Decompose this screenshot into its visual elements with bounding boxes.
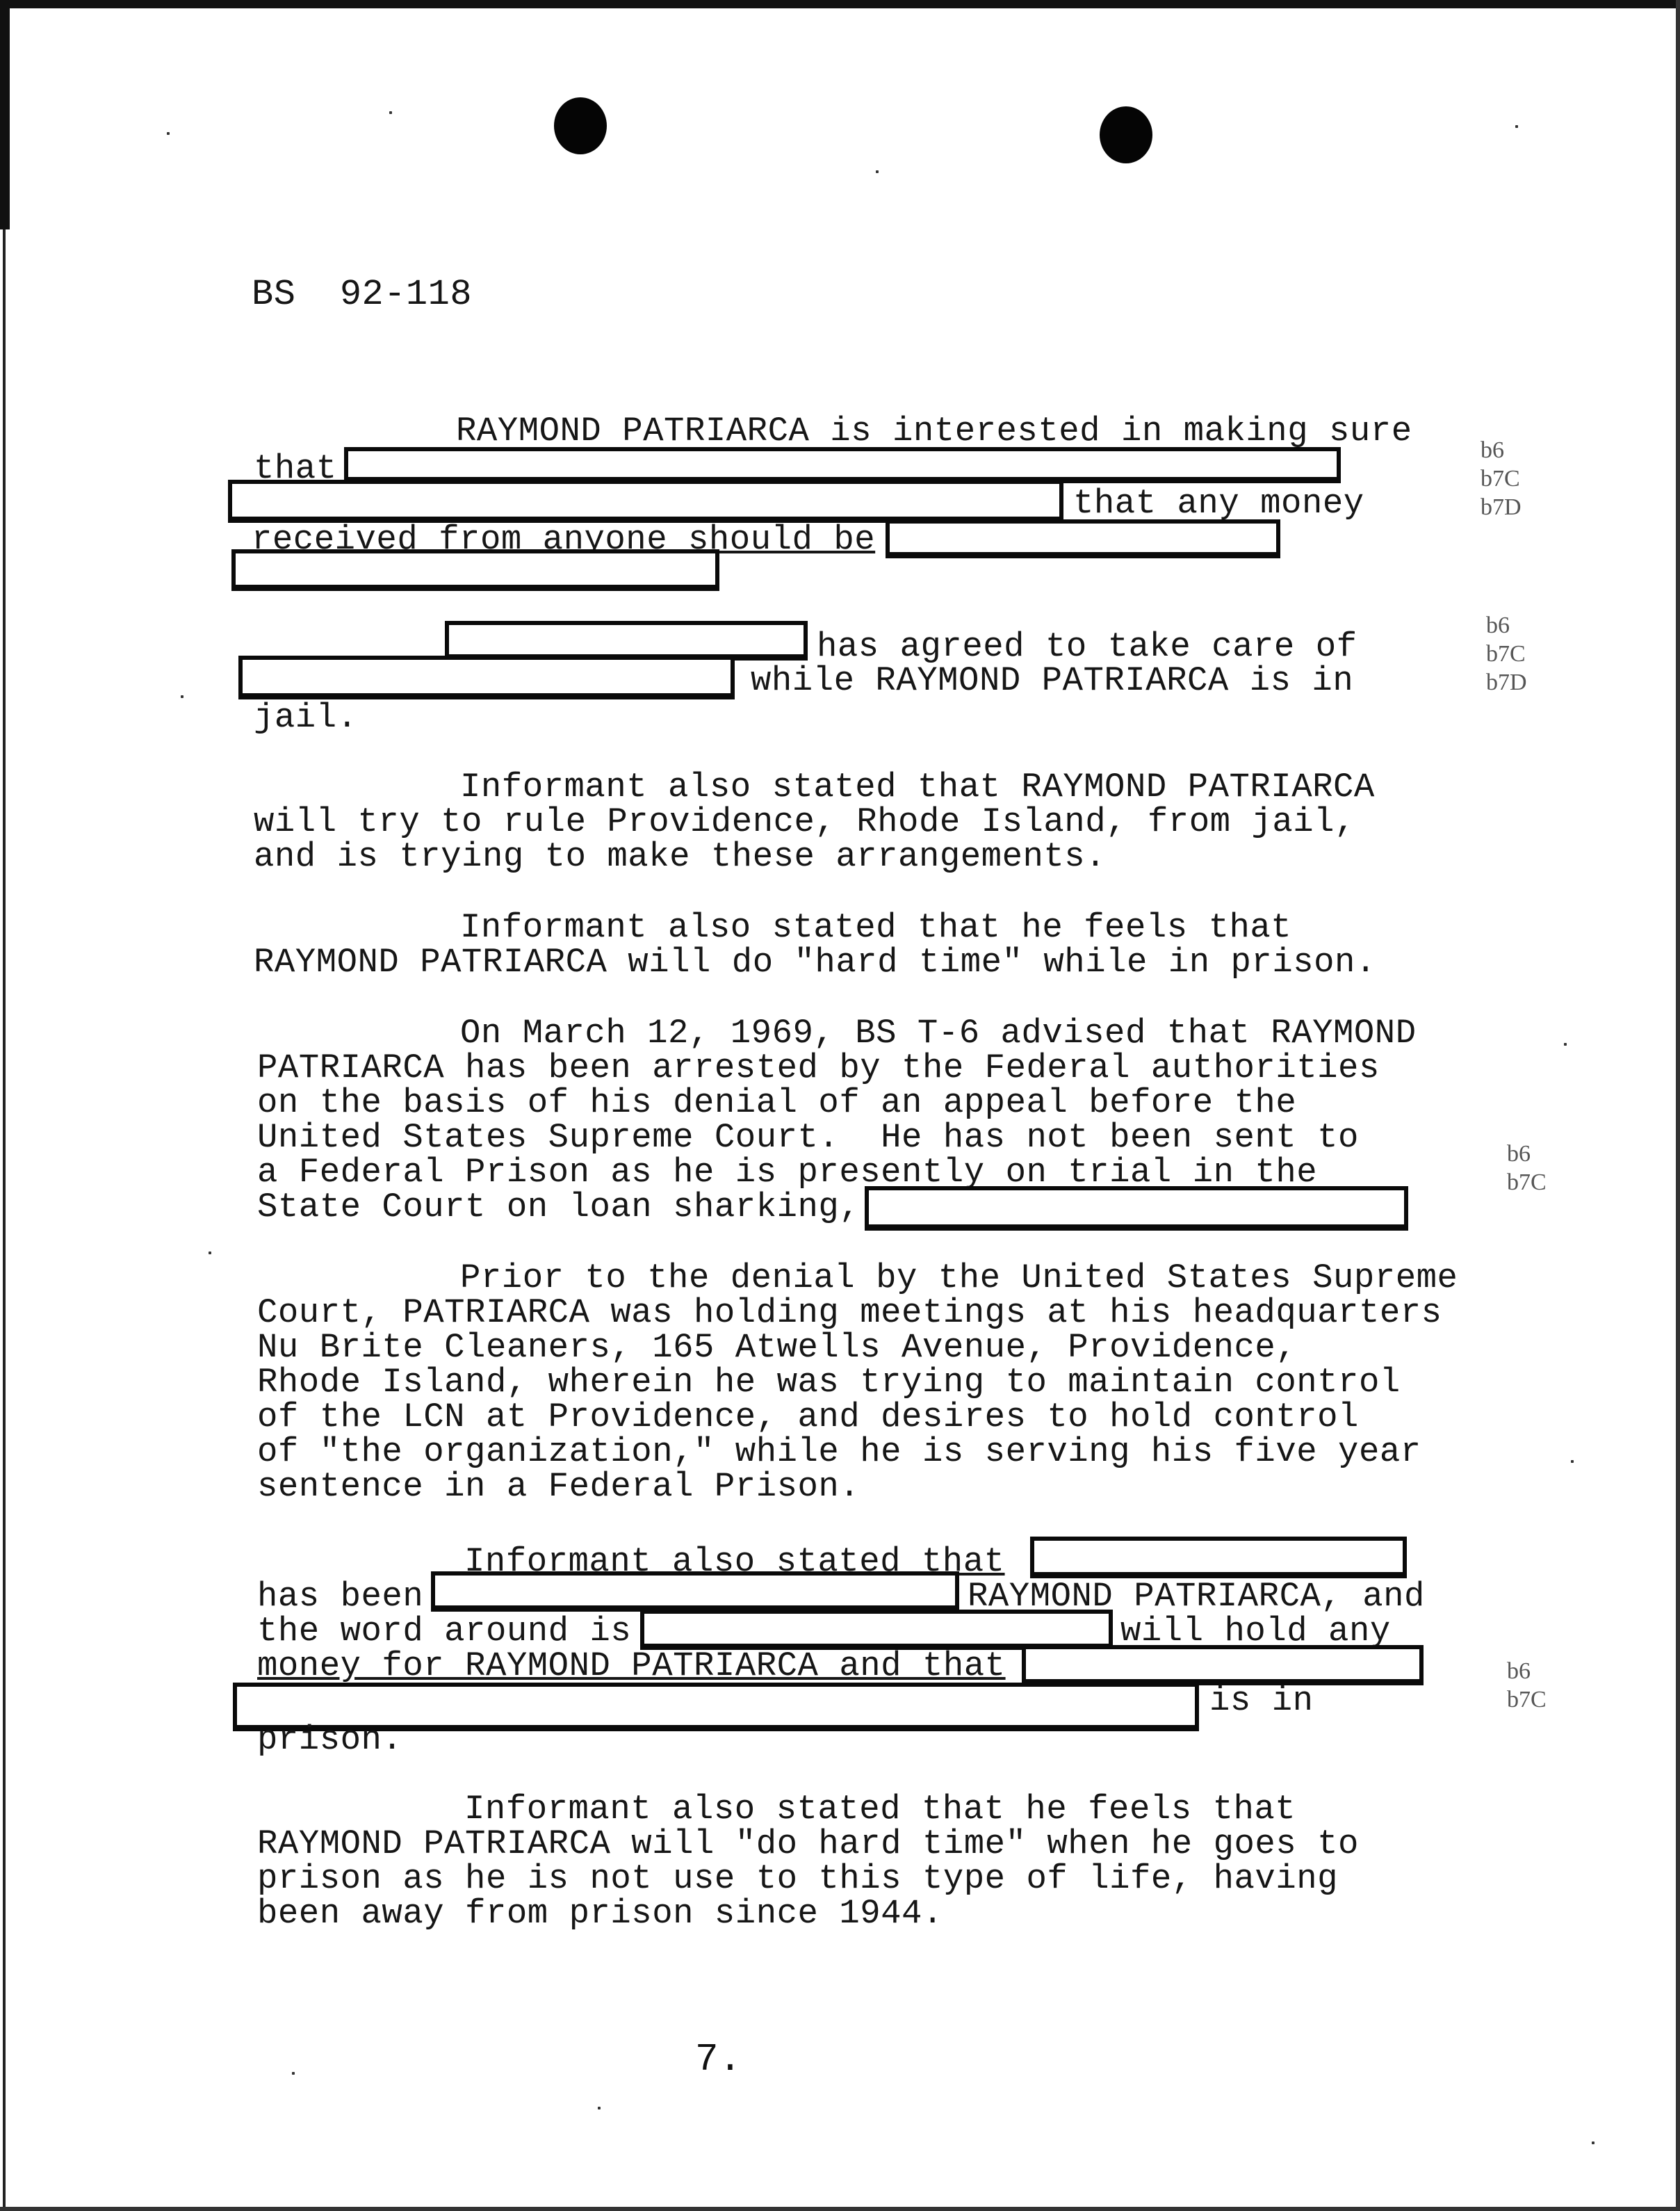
scan-speck: [181, 695, 184, 698]
paragraph-8-line-4: been away from prison since 1944.: [257, 1897, 943, 1931]
paragraph-4-line-1: Informant also stated that he feels that: [460, 911, 1291, 945]
exemption-codes: b6 b7C: [1507, 1658, 1547, 1715]
scan-edge-right: [1676, 0, 1680, 2211]
paragraph-6-line-6: of "the organization," while he is servi…: [257, 1435, 1421, 1469]
paragraph-7-line-6: prison.: [257, 1723, 402, 1757]
paragraph-6-line-2: Court, PATRIARCA was holding meetings at…: [257, 1296, 1442, 1330]
paragraph-6-line-7: sentence in a Federal Prison.: [257, 1470, 860, 1504]
paragraph-1-line-3: that any money: [1073, 487, 1364, 521]
redaction-box: [228, 480, 1063, 523]
paragraph-1-line-1: RAYMOND PATRIARCA is interested in makin…: [456, 414, 1412, 448]
document-page: BS 92-118 RAYMOND PATRIARCA is intereste…: [0, 0, 1680, 2211]
redaction-box: [231, 549, 719, 591]
scan-speck: [389, 111, 392, 114]
redaction-box: [640, 1610, 1113, 1650]
scan-speck: [598, 2107, 601, 2109]
exemption-codes: b6 b7C: [1507, 1140, 1547, 1197]
redaction-box: [238, 656, 735, 699]
paragraph-2-line-2: while RAYMOND PATRIARCA is in: [751, 664, 1353, 698]
paragraph-4-line-2: RAYMOND PATRIARCA will do "hard time" wh…: [254, 946, 1376, 980]
paragraph-2-line-3: jail.: [254, 701, 358, 735]
paragraph-6-line-5: of the LCN at Providence, and desires to…: [257, 1400, 1359, 1434]
paragraph-8-line-1: Informant also stated that he feels that: [464, 1792, 1296, 1827]
redaction-box: [865, 1186, 1408, 1231]
redaction-box: [1022, 1645, 1424, 1685]
paragraph-7-line-2a: has been: [257, 1580, 423, 1614]
paragraph-6-line-1: Prior to the denial by the United States…: [460, 1261, 1458, 1295]
paragraph-5-line-1: On March 12, 1969, BS T-6 advised that R…: [460, 1017, 1417, 1051]
paragraph-2-line-1: has agreed to take care of: [817, 630, 1357, 664]
paragraph-8-line-3: prison as he is not use to this type of …: [257, 1862, 1338, 1896]
paragraph-8-line-2: RAYMOND PATRIARCA will "do hard time" wh…: [257, 1827, 1359, 1861]
paragraph-5-line-2: PATRIARCA has been arrested by the Feder…: [257, 1051, 1380, 1085]
exemption-codes: b6 b7C b7D: [1486, 612, 1527, 697]
paragraph-6-line-3: Nu Brite Cleaners, 165 Atwells Avenue, P…: [257, 1331, 1296, 1365]
scan-edge-left-line: [3, 229, 6, 2211]
paragraph-6-line-4: Rhode Island, wherein he was trying to m…: [257, 1366, 1401, 1400]
scan-edge-bottom: [0, 2207, 1680, 2211]
scan-speck: [167, 132, 170, 135]
scan-speck: [1515, 125, 1518, 128]
redaction-box: [445, 621, 808, 661]
paragraph-5-line-4: United States Supreme Court. He has not …: [257, 1121, 1359, 1155]
scan-edge-top: [0, 0, 1680, 8]
redaction-box: [886, 519, 1280, 558]
paragraph-7-line-3a: the word around is: [257, 1614, 631, 1649]
file-number: BS 92-118: [252, 277, 472, 313]
paragraph-3-line-1: Informant also stated that RAYMOND PATRI…: [460, 770, 1375, 804]
paragraph-5-line-6: State Court on loan sharking,: [257, 1190, 860, 1224]
scan-speck: [1592, 2141, 1595, 2144]
paragraph-5-line-5: a Federal Prison as he is presently on t…: [257, 1156, 1317, 1190]
paragraph-3-line-3: and is trying to make these arrangements…: [254, 840, 1106, 874]
punch-hole-icon: [554, 97, 607, 154]
paragraph-5-line-3: on the basis of his denial of an appeal …: [257, 1086, 1296, 1120]
paragraph-3-line-2: will try to rule Providence, Rhode Islan…: [254, 805, 1355, 839]
scan-speck: [876, 170, 879, 173]
paragraph-7-line-2b: RAYMOND PATRIARCA, and: [968, 1580, 1425, 1614]
paragraph-7-line-5: is in: [1209, 1684, 1314, 1718]
exemption-codes: b6 b7C b7D: [1481, 437, 1522, 521]
redaction-box: [431, 1571, 959, 1612]
redaction-box: [1030, 1537, 1407, 1578]
page-number: 7.: [695, 2037, 742, 2082]
scan-speck: [209, 1252, 211, 1254]
punch-hole-icon: [1100, 106, 1152, 163]
scan-speck: [1571, 1460, 1574, 1463]
paragraph-7-line-3b: will hold any: [1120, 1614, 1391, 1649]
redaction-box: [344, 447, 1341, 483]
scan-speck: [292, 2072, 295, 2075]
scan-edge-left: [0, 0, 10, 229]
scan-speck: [1564, 1043, 1567, 1046]
paragraph-7-line-4: money for RAYMOND PATRIARCA and that: [257, 1649, 1006, 1683]
